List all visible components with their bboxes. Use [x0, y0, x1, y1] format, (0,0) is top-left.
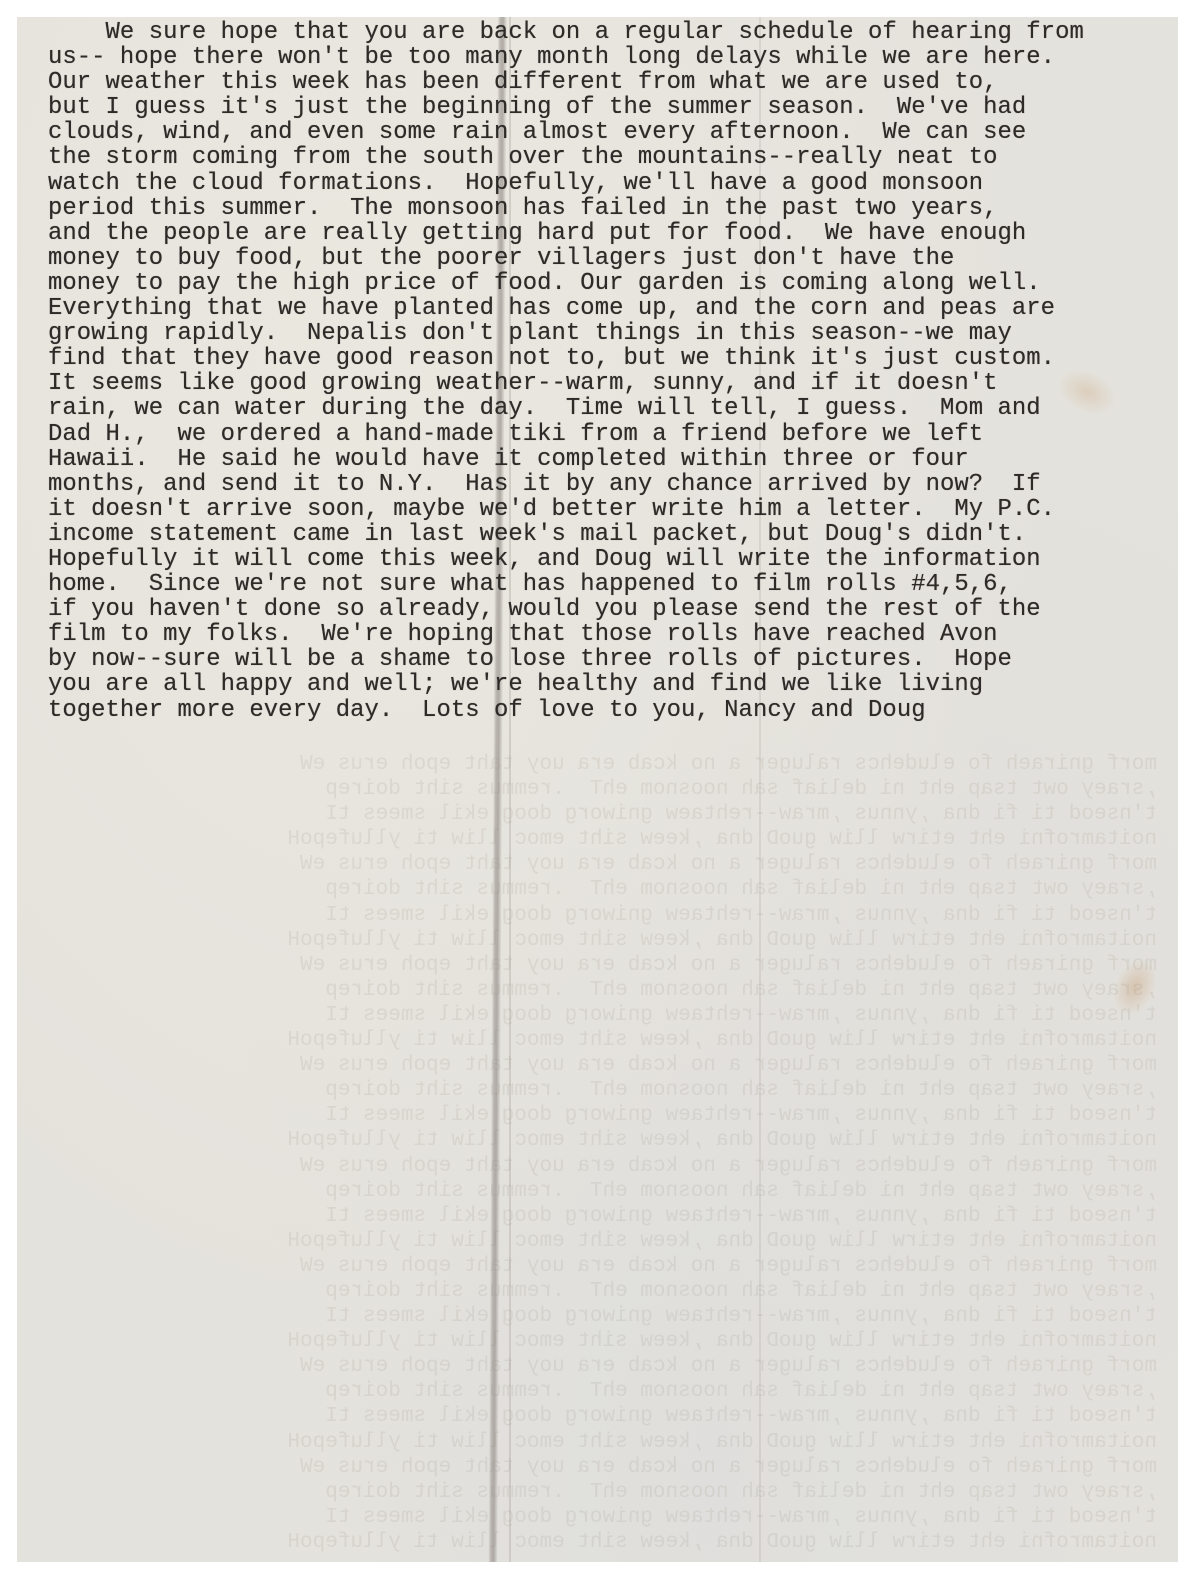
letter-line: period this summer. The monsoon has fail… [48, 196, 1084, 221]
letter-line: find that they have good reason not to, … [48, 346, 1084, 371]
letter-line: by now--sure will be a shame to lose thr… [48, 647, 1084, 672]
letter-line: but I guess it's just the beginning of t… [48, 95, 1084, 120]
letter-line: clouds, wind, and even some rain almost … [48, 120, 1084, 145]
letter-line: Everything that we have planted has come… [48, 296, 1084, 321]
letter-line: money to pay the high price of food. Our… [48, 271, 1084, 296]
letter-line: you are all happy and well; we're health… [48, 672, 1084, 697]
letter-line: it doesn't arrive soon, maybe we'd bette… [48, 497, 1084, 522]
letter-line: It seems like good growing weather--warm… [48, 371, 1084, 396]
letter-line: home. Since we're not sure what has happ… [48, 572, 1084, 597]
letter-line: Hawaii. He said he would have it complet… [48, 447, 1084, 472]
reverse-side-bleed-through: morf gniraeh fo eludehcs raluger a no kc… [77, 752, 1157, 1555]
letter-line: money to buy food, but the poorer villag… [48, 246, 1084, 271]
letter-line: months, and send it to N.Y. Has it by an… [48, 472, 1084, 497]
letter-line: income statement came in last week's mai… [48, 522, 1084, 547]
letter-body: We sure hope that you are back on a regu… [48, 20, 1084, 723]
letter-line: Dad H., we ordered a hand-made tiki from… [48, 422, 1084, 447]
letter-page: morf gniraeh fo eludehcs raluger a no kc… [17, 17, 1178, 1562]
paper-stain [1104, 951, 1166, 1022]
letter-line: rain, we can water during the day. Time … [48, 396, 1084, 421]
letter-line: Our weather this week has been different… [48, 70, 1084, 95]
letter-line: the storm coming from the south over the… [48, 145, 1084, 170]
letter-line: Hopefully it will come this week, and Do… [48, 547, 1084, 572]
letter-line: if you haven't done so already, would yo… [48, 597, 1084, 622]
letter-line: We sure hope that you are back on a regu… [48, 20, 1084, 45]
letter-line: and the people are really getting hard p… [48, 221, 1084, 246]
letter-line: watch the cloud formations. Hopefully, w… [48, 171, 1084, 196]
letter-line: film to my folks. We're hoping that thos… [48, 622, 1084, 647]
letter-line: us-- hope there won't be too many month … [48, 45, 1084, 70]
letter-line: growing rapidly. Nepalis don't plant thi… [48, 321, 1084, 346]
letter-line: together more every day. Lots of love to… [48, 698, 1084, 723]
